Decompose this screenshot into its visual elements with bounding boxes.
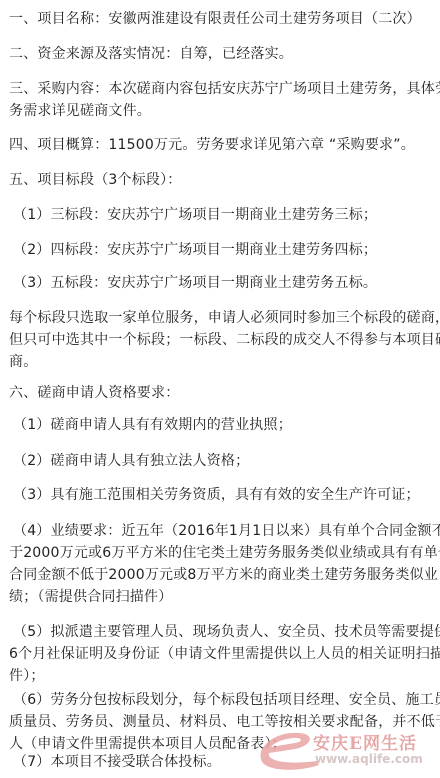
- qualification-2: （2）磋商申请人具有独立法人资格；: [13, 450, 249, 472]
- qualification-4-line1: （4）业绩要求：近五年（2016年1月1日以来）具有单个合同金额不低: [13, 520, 440, 542]
- item-budget: 四、项目概算：11500万元。劳务要求详见第六章 “采购要求”。: [9, 134, 415, 156]
- qualification-6-line1: （6）劳务分包按标段划分，每个标段包括项目经理、安全员、施工员、: [13, 689, 440, 711]
- item-sections-heading: 五、项目标段（3个标段）：: [9, 169, 182, 191]
- qualification-5-line1: （5）拟派遣主要管理人员、现场负责人、安全员、技术员等需要提供近: [13, 621, 440, 643]
- qualification-5-line3: 件）；: [9, 665, 45, 687]
- item-procurement-content-line1: 三、采购内容：本次磋商内容包括安庆苏宁广场项目土建劳务，具体劳: [9, 78, 440, 100]
- section-rule-line1: 每个标段只选取一家单位服务，申请人必须同时参加三个标段的磋商，: [9, 307, 440, 329]
- qualification-1: （1）磋商申请人具有有效期内的营业执照；: [13, 414, 292, 436]
- qualification-3: （3）具有施工范围相关劳务资质，具有有效的安全生产许可证；: [13, 484, 420, 506]
- section-3: （1）三标段：安庆苏宁广场项目一期商业土建劳务三标；: [13, 204, 377, 226]
- section-rule-line2: 但只可中选其中一个标段；一标段、二标段的成交人不得参与本项目磋: [9, 329, 440, 351]
- item-procurement-content-line2: 务需求详见磋商文件。: [9, 100, 151, 122]
- qualification-7: （7）本项目不接受联合体投标。: [13, 751, 221, 773]
- qualification-4-line2: 于2000万元或6万平方米的住宅类土建劳务服务类似业绩或具有有单个: [9, 542, 440, 564]
- watermark-title: 安庆E网生活: [313, 729, 417, 754]
- item-project-name: 一、项目名称：安徽两淮建设有限责任公司土建劳务项目（二次）: [9, 8, 421, 30]
- section-rule-line3: 商。: [9, 351, 37, 373]
- qualification-4-line4: 绩；（需提供合同扫描件）: [9, 586, 172, 608]
- item-funding-source: 二、资金来源及落实情况：自筹，已经落实。: [9, 43, 293, 65]
- watermark: 安庆E网生活 www.aqlife.com: [255, 725, 440, 775]
- qualification-5-line2: 6个月社保证明及身份证（申请文件里需提供以上人员的相关证明扫描: [9, 643, 440, 665]
- item-qualification-heading: 六、磋商申请人资格要求：: [9, 382, 179, 404]
- watermark-url: www.aqlife.com: [315, 752, 423, 766]
- qualification-4-line3: 合同金额不低于2000万元或8万平方米的商业类土建劳务服务类似业: [9, 564, 438, 586]
- section-4: （2）四标段：安庆苏宁广场项目一期商业土建劳务四标；: [13, 239, 377, 261]
- section-5: （3）五标段：安庆苏宁广场项目一期商业土建劳务五标。: [13, 272, 377, 294]
